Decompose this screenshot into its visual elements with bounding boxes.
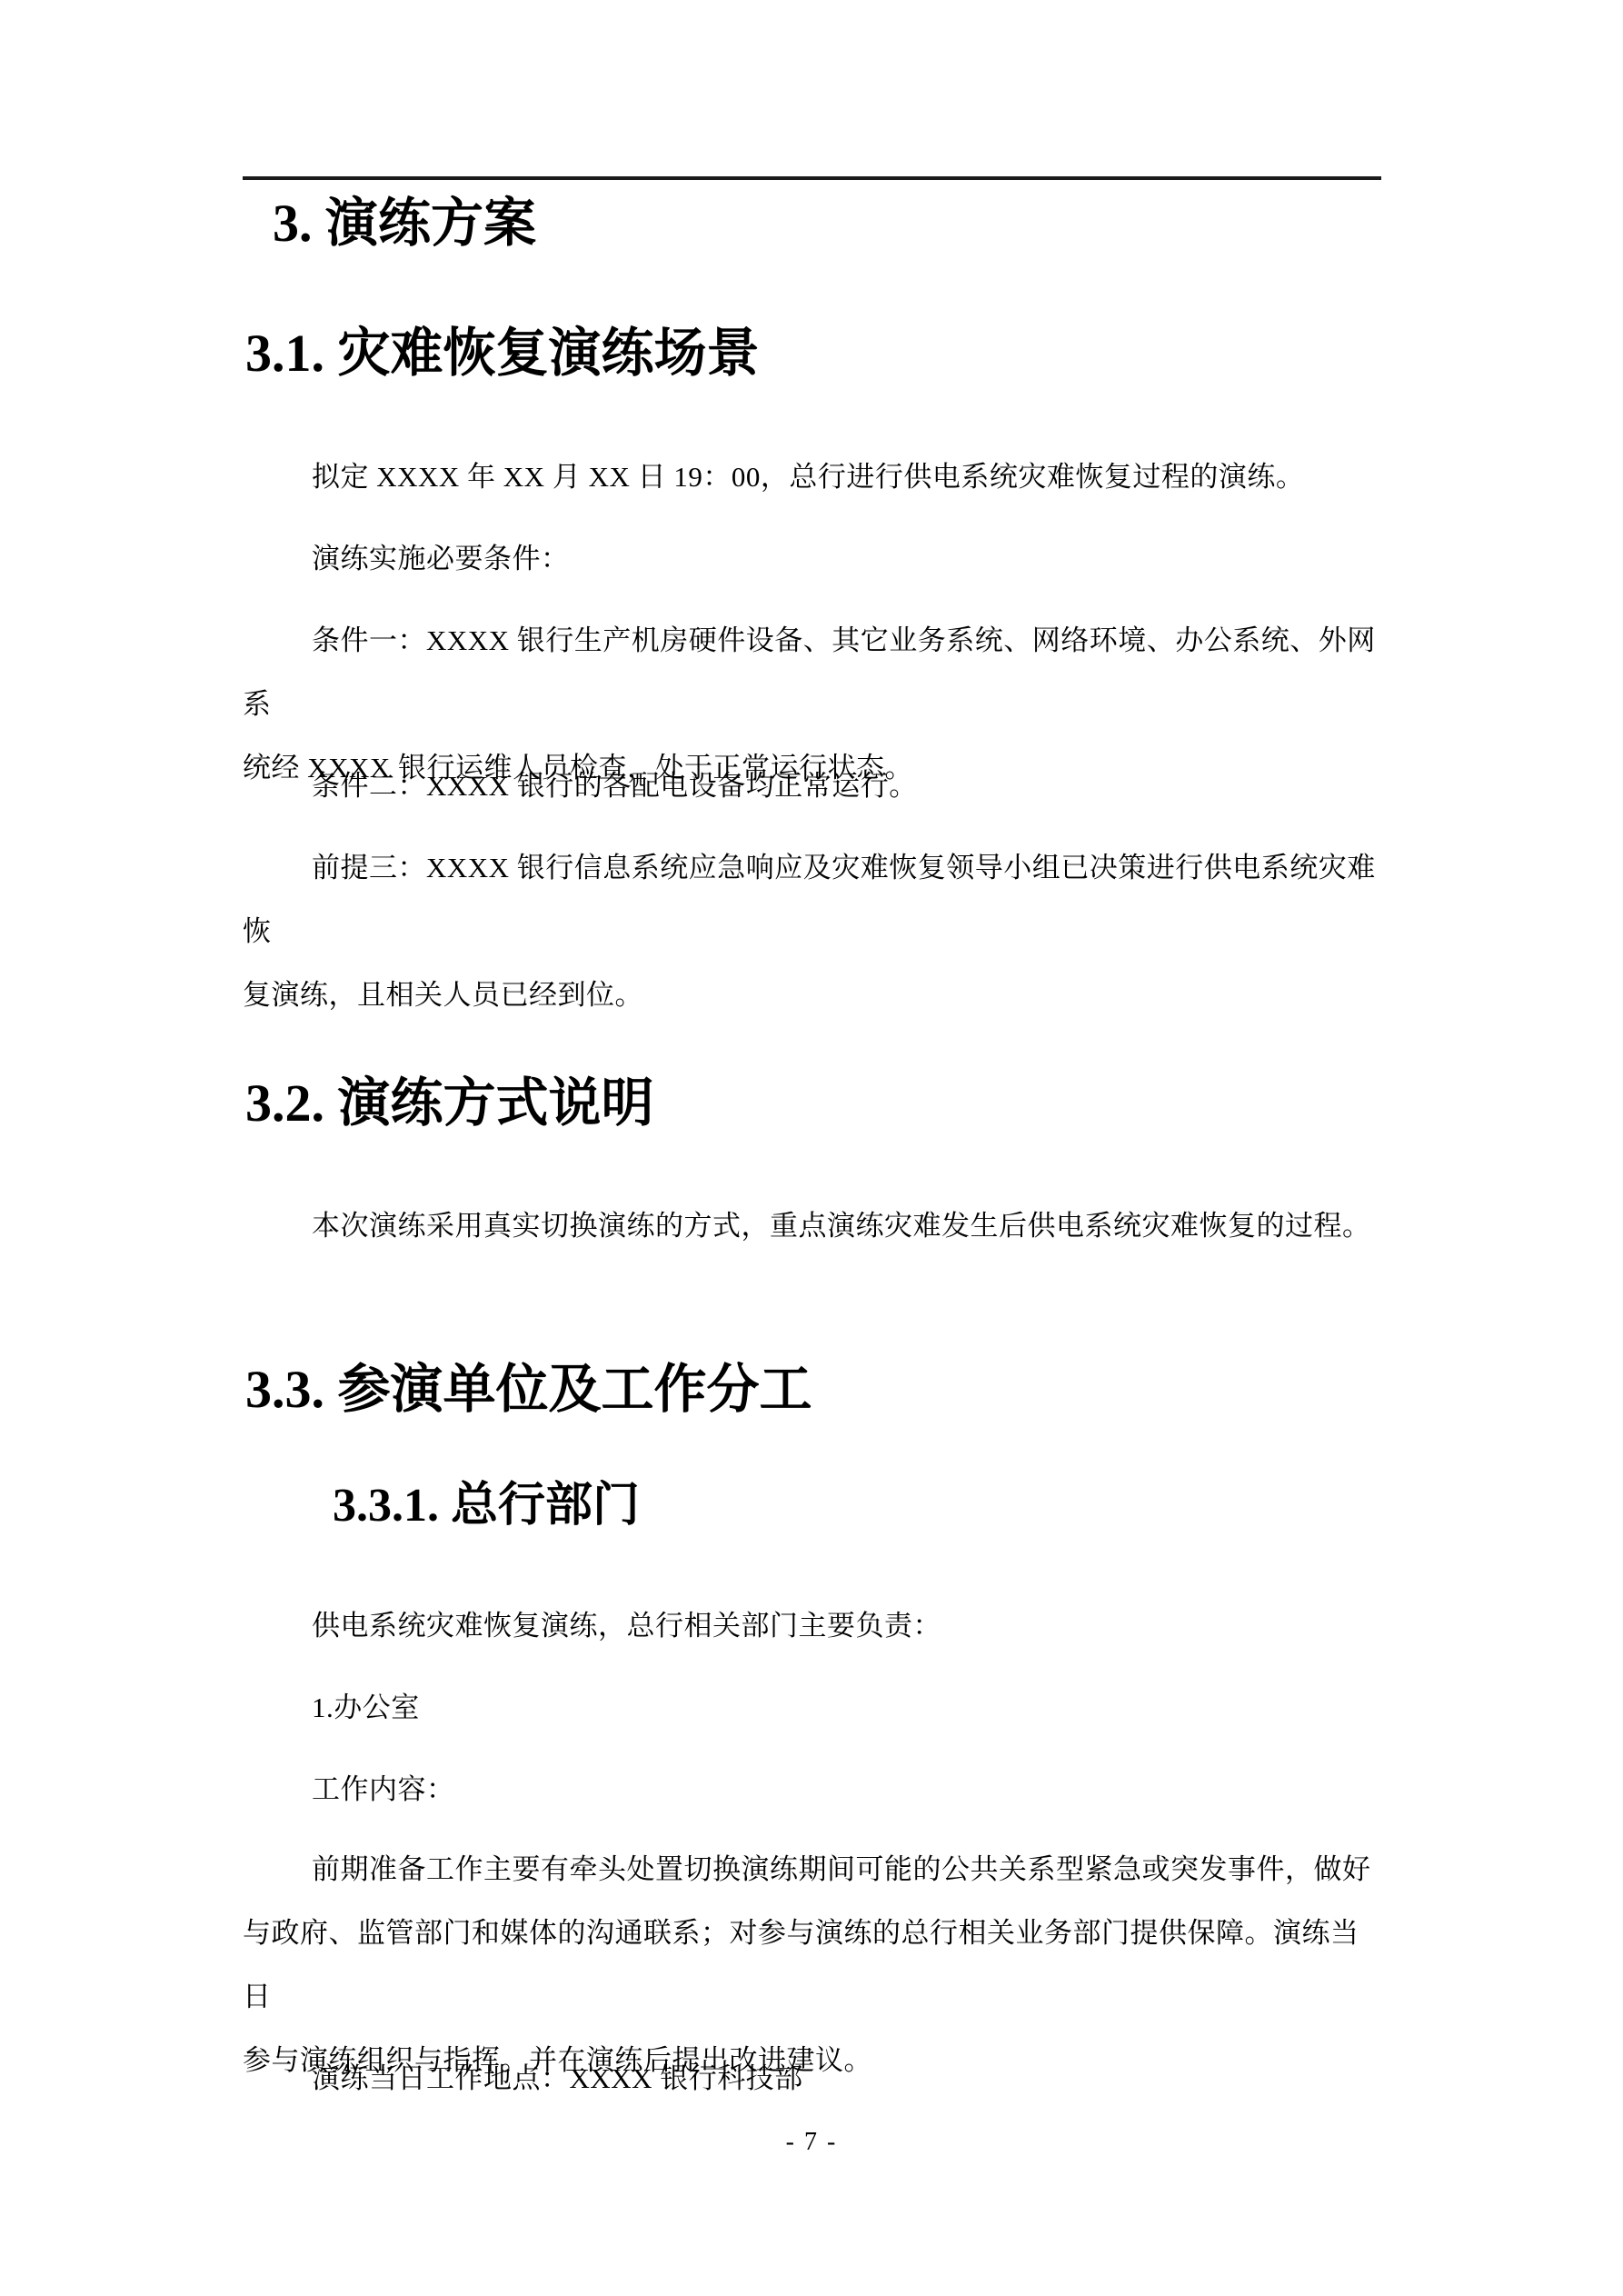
para-dept-responsibility: 供电系统灾难恢复演练，总行相关部门主要负责：	[243, 1594, 1381, 1658]
para-premise-3: 前提三：XXXX 银行信息系统应急响应及灾难恢复领导小组已决策进行供电系统灾难恢…	[243, 836, 1381, 1027]
para-work-content-label: 工作内容：	[243, 1758, 1381, 1822]
section-3-3-heading: 3.3. 参演单位及工作分工	[245, 1361, 812, 1419]
page-number: - 7 -	[0, 2127, 1623, 2158]
section-3-3-1-heading: 3.3.1. 总行部门	[333, 1480, 640, 1532]
section-3-2-heading: 3.2. 演练方式说明	[245, 1074, 654, 1133]
para-work-location: 演练当日工作地点：XXXX 银行科技部	[243, 2047, 1381, 2111]
document-page: 3. 演练方案 3.1. 灾难恢复演练场景 拟定 XXXX 年 XX 月 XX …	[0, 0, 1623, 2296]
chapter-heading: 3. 演练方案	[273, 195, 536, 253]
para-drill-method: 本次演练采用真实切换演练的方式，重点演练灾难发生后供电系统灾难恢复的过程。	[243, 1194, 1381, 1258]
header-rule	[243, 176, 1381, 180]
section-3-1-heading: 3.1. 灾难恢复演练场景	[245, 324, 760, 383]
para-conditions-intro: 演练实施必要条件：	[243, 527, 1381, 591]
para-office-item: 1.办公室	[243, 1676, 1381, 1740]
para-condition-2: 条件二：XXXX 银行的各配电设备均正常运行。	[243, 754, 1381, 818]
para-drill-time: 拟定 XXXX 年 XX 月 XX 日 19：00，总行进行供电系统灾难恢复过程…	[243, 445, 1381, 509]
